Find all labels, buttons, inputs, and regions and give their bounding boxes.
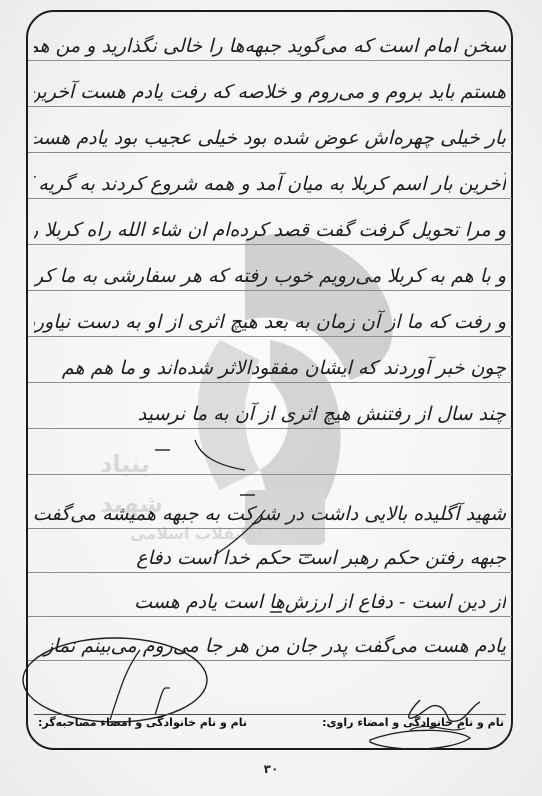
pen-annotations	[0, 0, 542, 796]
interviewee-signature-icon	[350, 690, 500, 760]
circled-annotation-icon	[23, 638, 207, 722]
scanned-page: بنیاد شهید ۱۳۵۸ انقلاب اسلامی سخن امام ا…	[0, 0, 542, 796]
page-number: ۳۰	[0, 762, 542, 776]
interviewer-signature-label: نام و نام خانوادگی و امضاء مصاحبه‌گر:	[38, 716, 247, 729]
